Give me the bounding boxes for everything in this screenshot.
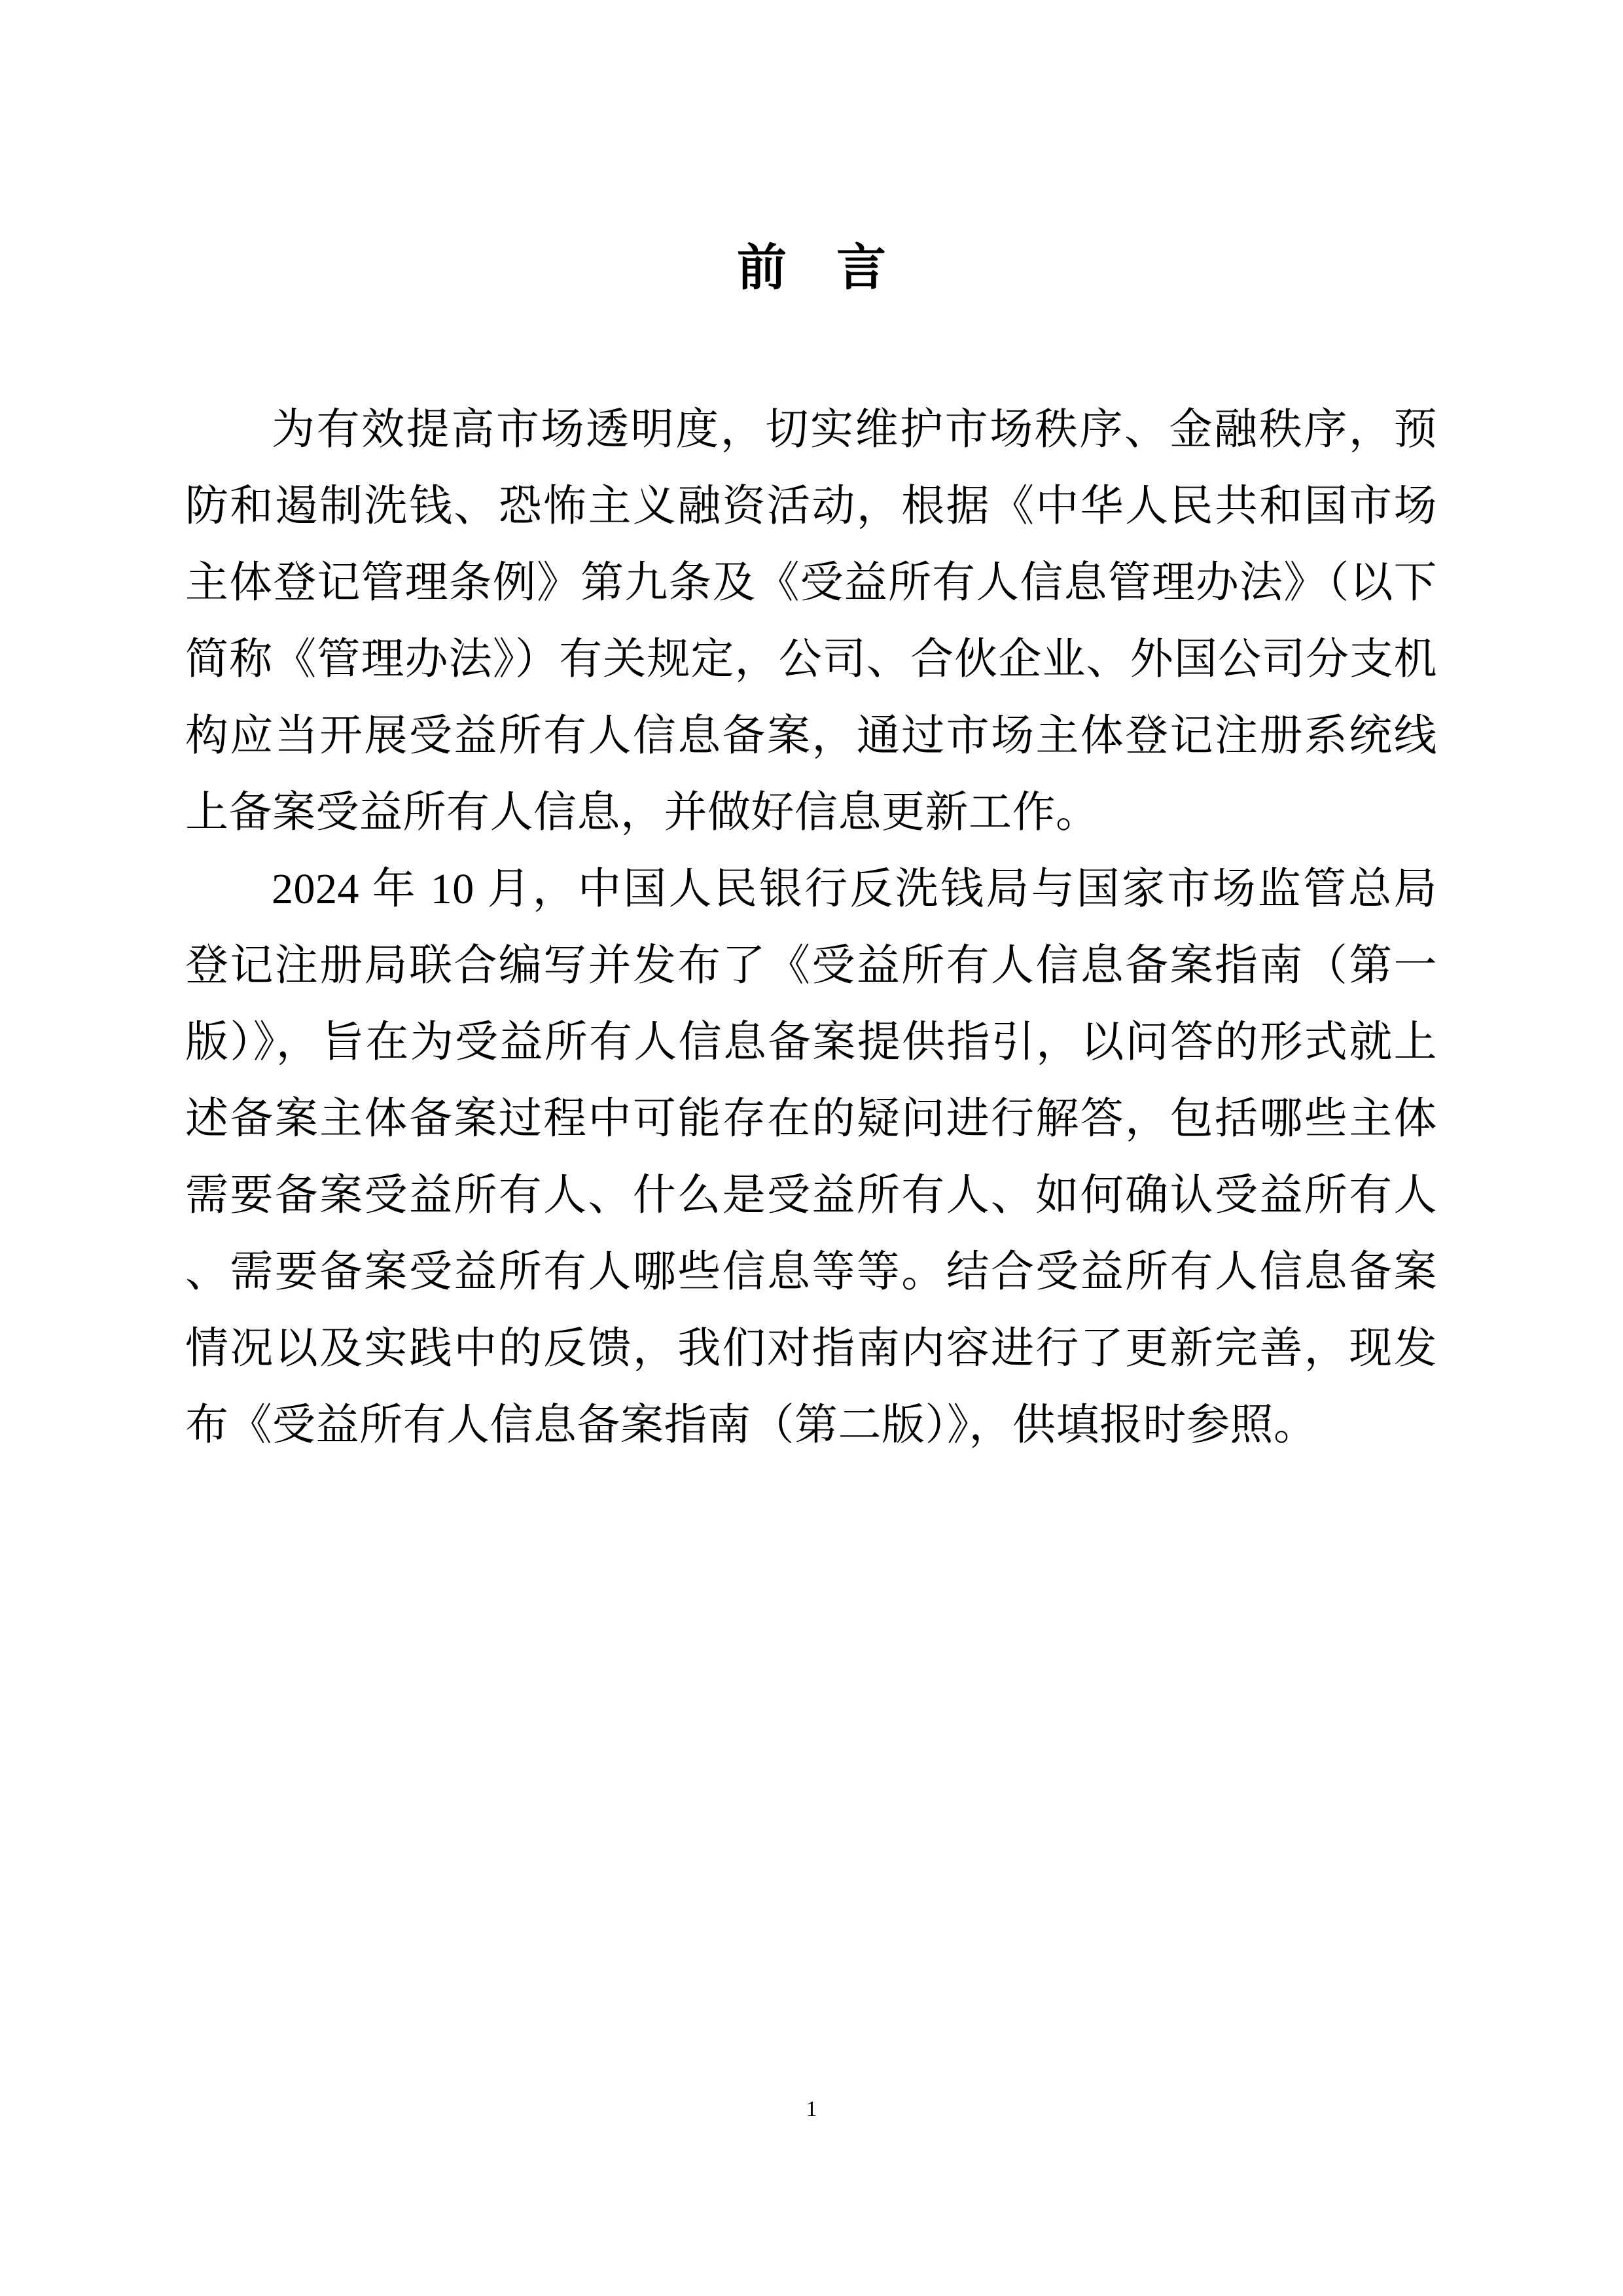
body-paragraph-1: 为有效提高市场透明度，切实维护市场秩序、金融秩序，预防和遏制洗钱、恐怖主义融资活… [185,391,1437,851]
document-body: 为有效提高市场透明度，切实维护市场秩序、金融秩序，预防和遏制洗钱、恐怖主义融资活… [185,391,1437,1463]
page-number: 1 [0,2096,1623,2123]
document-title: 前 言 [0,0,1623,293]
document-page: 前 言 为有效提高市场透明度，切实维护市场秩序、金融秩序，预防和遏制洗钱、恐怖主… [0,0,1623,2296]
body-paragraph-2: 2024 年 10 月，中国人民银行反洗钱局与国家市场监管总局登记注册局联合编写… [185,851,1437,1463]
